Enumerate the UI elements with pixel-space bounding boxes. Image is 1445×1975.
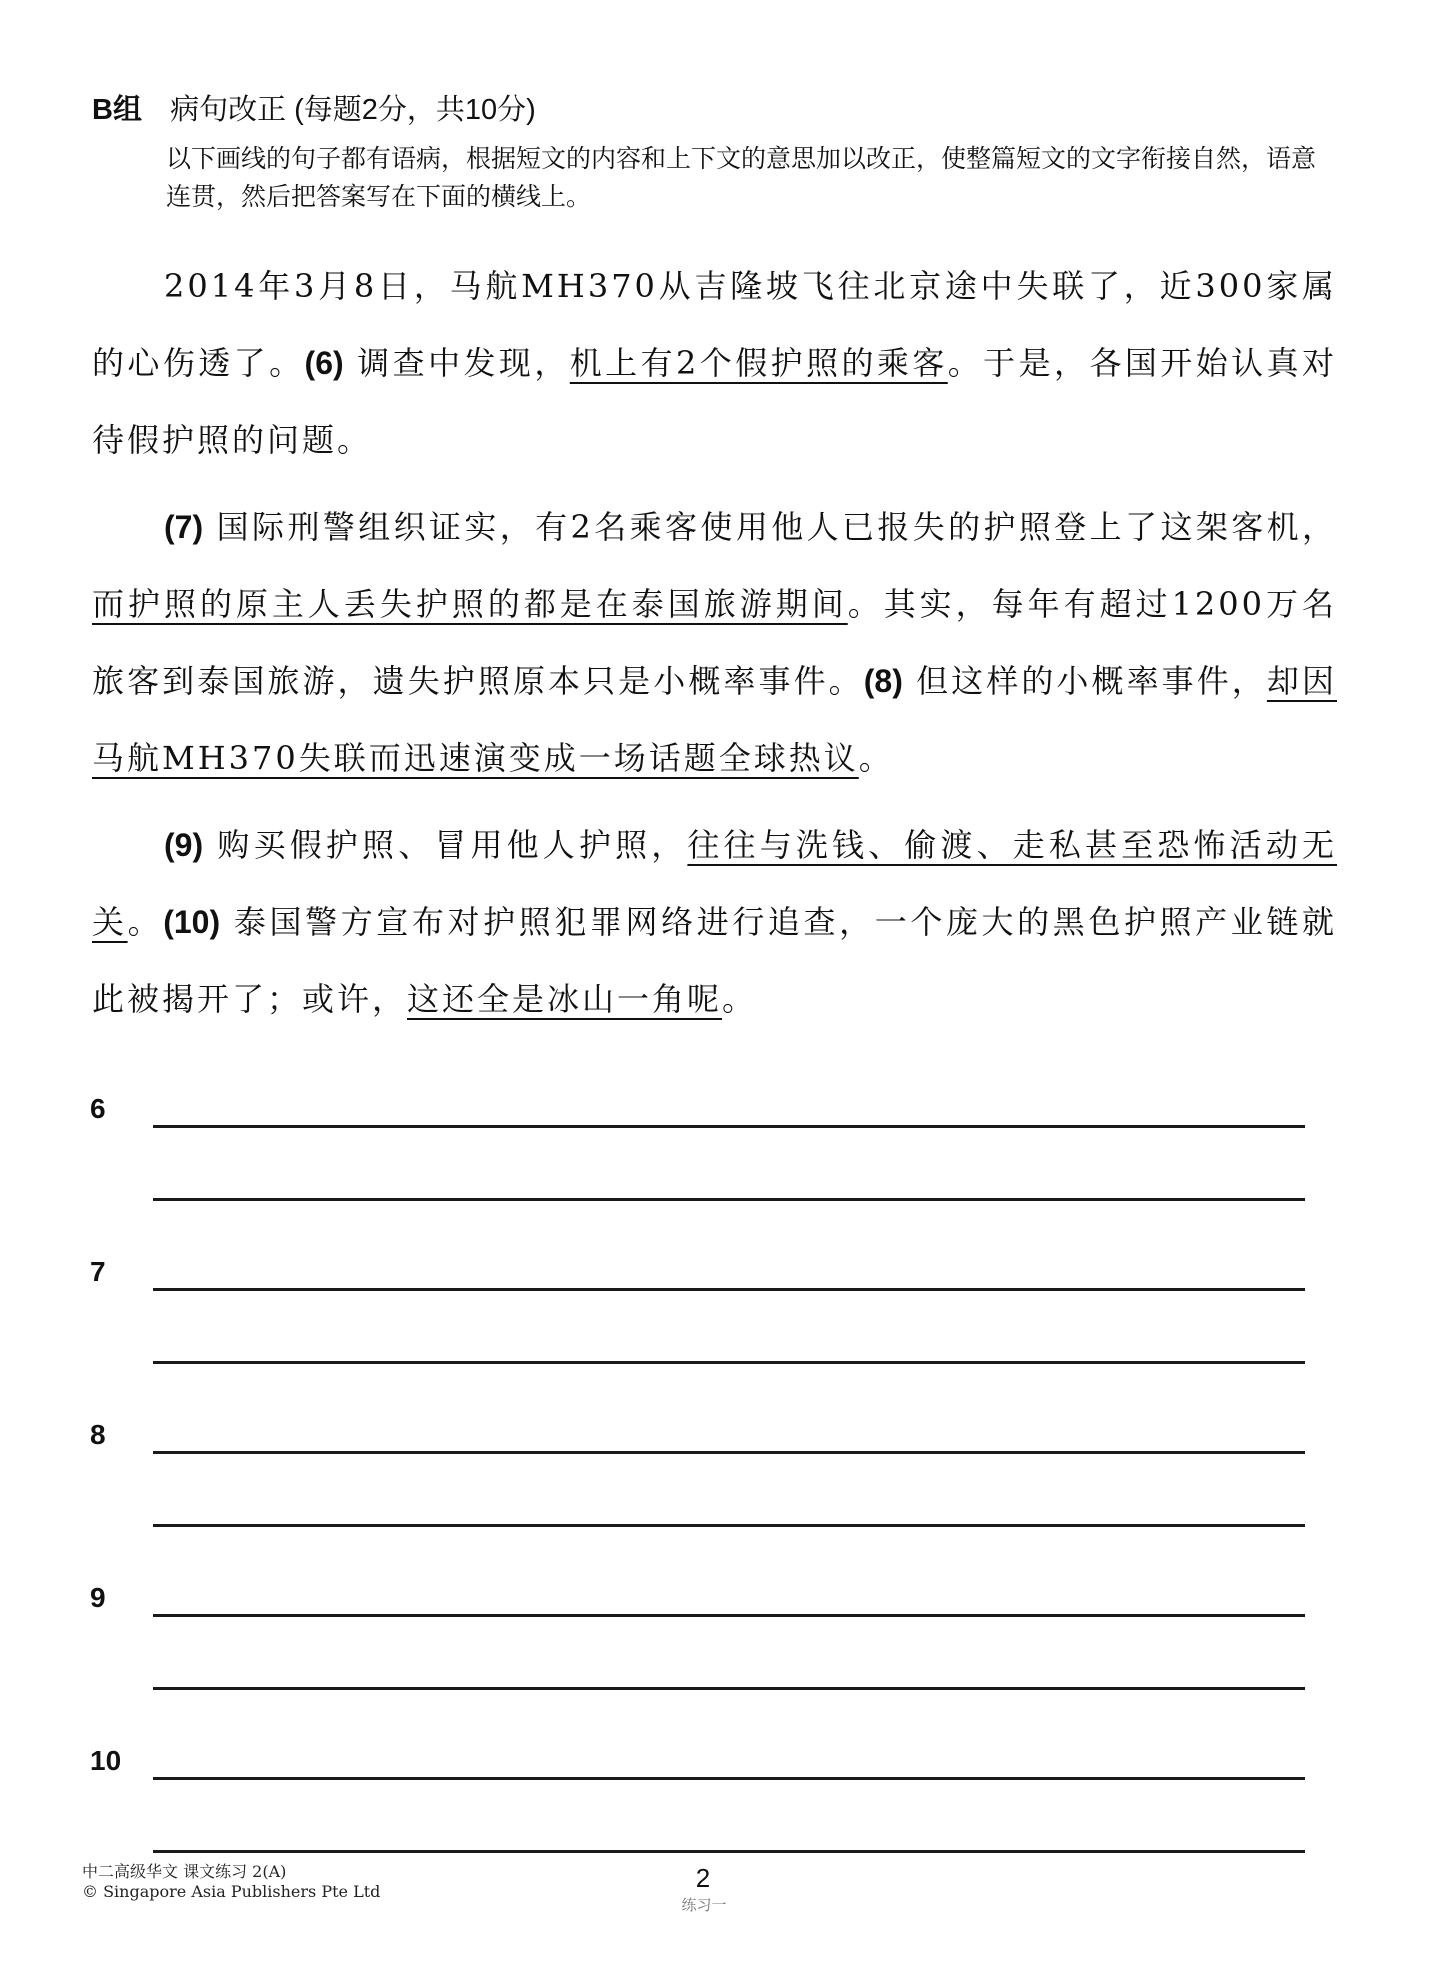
underlined-sentence-10: 这还全是冰山一角呢 <box>407 980 722 1018</box>
instructions: 以下画线的句子都有语病，根据短文的内容和上下文的意思加以改正，使整篇短文的文字衔… <box>166 140 1326 216</box>
question-marker-9: (9) <box>164 827 203 863</box>
answer-line[interactable] <box>153 1614 1305 1617</box>
answer-line[interactable] <box>153 1777 1305 1780</box>
answer-line[interactable] <box>153 1361 1305 1364</box>
underlined-sentence-6: 机上有2个假护照的乘客 <box>570 344 948 382</box>
question-marker-10: (10) <box>163 904 220 940</box>
answer-line[interactable] <box>153 1125 1305 1128</box>
answer-number: 10 <box>90 1746 121 1776</box>
answer-number: 6 <box>90 1094 106 1124</box>
text: 但这样的小概率事件， <box>903 662 1267 700</box>
answer-number: 7 <box>90 1257 106 1287</box>
answer-line[interactable] <box>153 1288 1305 1291</box>
question-marker-7: (7) <box>164 509 203 545</box>
footer-info: 中二高级华文 课文练习 2(A) © Singapore Asia Publis… <box>82 1862 380 1902</box>
text: 国际刑警组织证实，有2名乘客使用他人已报失的护照登上了这架客机， <box>203 508 1337 546</box>
underlined-sentence-7: 而护照的原主人丢失护照的都是在泰国旅游期间 <box>92 585 848 623</box>
copyright: © Singapore Asia Publishers Pte Ltd <box>82 1882 380 1902</box>
section-title: 病句改正 (每题2分，共10分) <box>170 94 536 126</box>
paragraph-1: 2014年3月8日，马航MH370从吉隆坡飞往北京途中失联了，近300家属的心伤… <box>92 248 1337 479</box>
section-header: B组 病句改正 (每题2分，共10分) <box>92 92 536 128</box>
answer-line[interactable] <box>153 1524 1305 1527</box>
group-label: B组 <box>92 94 142 126</box>
text: 调查中发现， <box>344 344 570 382</box>
book-title: 中二高级华文 课文练习 2(A) <box>82 1862 380 1882</box>
answer-line[interactable] <box>153 1687 1305 1690</box>
passage: 2014年3月8日，马航MH370从吉隆坡飞往北京途中失联了，近300家属的心伤… <box>92 248 1337 1038</box>
page-number: 2 <box>688 1864 718 1892</box>
answer-line[interactable] <box>153 1451 1305 1454</box>
answer-line[interactable] <box>153 1850 1305 1853</box>
question-marker-6: (6) <box>305 345 344 381</box>
question-marker-8: (8) <box>864 663 903 699</box>
answer-line[interactable] <box>153 1198 1305 1201</box>
text: 。 <box>722 980 757 1018</box>
exercise-label: 练习一 <box>664 1896 744 1914</box>
text: 。 <box>128 903 164 941</box>
answer-number: 8 <box>90 1420 106 1450</box>
paragraph-2: (7) 国际刑警组织证实，有2名乘客使用他人已报失的护照登上了这架客机，而护照的… <box>92 489 1337 797</box>
text: 。 <box>859 739 894 777</box>
text: 购买假护照、冒用他人护照， <box>203 826 687 864</box>
paragraph-3: (9) 购买假护照、冒用他人护照，往往与洗钱、偷渡、走私甚至恐怖活动无关。(10… <box>92 807 1337 1038</box>
answer-number: 9 <box>90 1583 106 1613</box>
